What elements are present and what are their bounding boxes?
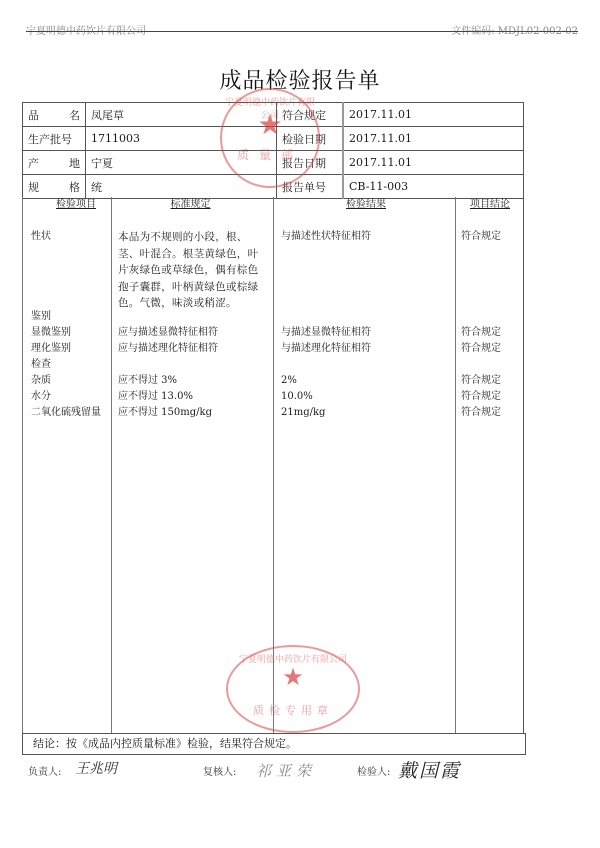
- item-description: 性状: [31, 229, 121, 245]
- page-title: 成品检验报告单: [0, 64, 600, 95]
- quality-dept-stamp: 宁夏明德中药饮片有限公司 ★ 质量部: [220, 88, 320, 188]
- standard-cell: 应不得过 3%: [118, 373, 263, 389]
- info-label: 品名: [23, 103, 86, 127]
- item-cell: 检查: [31, 357, 121, 373]
- standard-cell: 应与描述显微特征相符: [118, 325, 263, 341]
- standard-description: 本品为不规则的小段，根、茎、叶混合。根茎黄绿色，叶片灰绿色或草绿色，偶有棕色孢子…: [118, 229, 263, 325]
- header-standard: 标准规定: [118, 197, 263, 213]
- reviewer-label: 复核人:: [203, 763, 236, 778]
- item-cell: 理化鉴别: [31, 341, 121, 357]
- company-header: 宁夏明德中药饮片有限公司: [26, 22, 146, 37]
- star-icon: ★: [282, 663, 304, 691]
- info-label: 规格: [23, 175, 86, 199]
- item-cell: 杂质: [31, 373, 121, 389]
- qc-seal-stamp: 宁夏明德中药饮片有限公司 ★ 质检专用章: [226, 645, 360, 733]
- header-divider: [26, 31, 578, 32]
- label-char: 产: [28, 155, 39, 171]
- header-item: 检验项目: [31, 197, 121, 213]
- responsible-signature: 王兆明: [75, 758, 117, 778]
- item-cell: 显微鉴别: [31, 325, 121, 341]
- stamp-label: 质量部: [222, 146, 318, 163]
- conclusion-cell: 符合规定: [461, 373, 519, 389]
- conclusion-cell: 符合规定: [461, 325, 519, 341]
- label-char: 品: [28, 107, 39, 123]
- column-items: 检验项目 性状 鉴别 显微鉴别 理化鉴别 检查 杂质 水分 二氧化硫残留量: [31, 197, 121, 421]
- column-conclusions: 项目结论 符合规定 符合规定 符合规定 符合规定 符合规定 符合规定: [461, 197, 519, 421]
- label-char: 格: [69, 179, 80, 195]
- result-cell: 10.0%: [281, 389, 451, 405]
- result-cell: 21mg/kg: [281, 405, 451, 421]
- result-cell: 与描述显微特征相符: [281, 325, 451, 341]
- reviewer-signature: 祁亚荣: [256, 760, 316, 781]
- column-results: 检验结果 与描述性状特征相符 与描述显微特征相符 与描述理化特征相符 2% 10…: [281, 197, 451, 421]
- label-char: 规: [28, 179, 39, 195]
- result-cell: 与描述理化特征相符: [281, 341, 451, 357]
- header-conclusion: 项目结论: [461, 197, 519, 213]
- info-label: 生产批号: [23, 127, 86, 151]
- result-cell: 2%: [281, 373, 451, 389]
- info-value-2: 2017.11.01: [343, 103, 524, 127]
- final-conclusion: 结论：按《成品内控质量标准》检验，结果符合规定。: [22, 733, 526, 755]
- star-icon: ★: [257, 108, 282, 141]
- stamp-label: 质检专用章: [228, 702, 358, 718]
- conclusion-cell: 符合规定: [461, 389, 519, 405]
- conclusion-cell: 符合规定: [461, 405, 519, 421]
- document-code: 文件编码: MDJL02-002-02: [451, 22, 578, 37]
- info-value-2: CB-11-003: [343, 175, 524, 199]
- label-char: 地: [69, 155, 80, 171]
- item-cell: 鉴别: [31, 309, 121, 325]
- inspector-signature: 戴国霞: [398, 756, 461, 783]
- item-cell: 二氧化硫残留量: [31, 405, 121, 421]
- result-description: 与描述性状特征相符: [281, 229, 451, 245]
- responsible-label: 负责人:: [28, 763, 61, 778]
- conclusion-cell: 符合规定: [461, 341, 519, 357]
- standard-cell: [118, 357, 263, 373]
- column-standards: 标准规定 本品为不规则的小段，根、茎、叶混合。根茎黄绿色，叶片灰绿色或草绿色，偶…: [118, 197, 263, 421]
- item-cell: 水分: [31, 389, 121, 405]
- info-value-2: 2017.11.01: [343, 127, 524, 151]
- column-divider: [455, 197, 456, 733]
- info-label: 产地: [23, 151, 86, 175]
- result-cell: [281, 357, 451, 373]
- label-char: 名: [69, 107, 80, 123]
- standard-cell: 应不得过 150mg/kg: [118, 405, 263, 421]
- conclusion-cell: [461, 357, 519, 373]
- inspector-label: 检验人:: [357, 763, 390, 778]
- conclusion-description: 符合规定: [461, 229, 519, 245]
- standard-cell: 应与描述理化特征相符: [118, 341, 263, 357]
- info-value-2: 2017.11.01: [343, 151, 524, 175]
- standard-cell: 应不得过 13.0%: [118, 389, 263, 405]
- header-result: 检验结果: [281, 197, 451, 213]
